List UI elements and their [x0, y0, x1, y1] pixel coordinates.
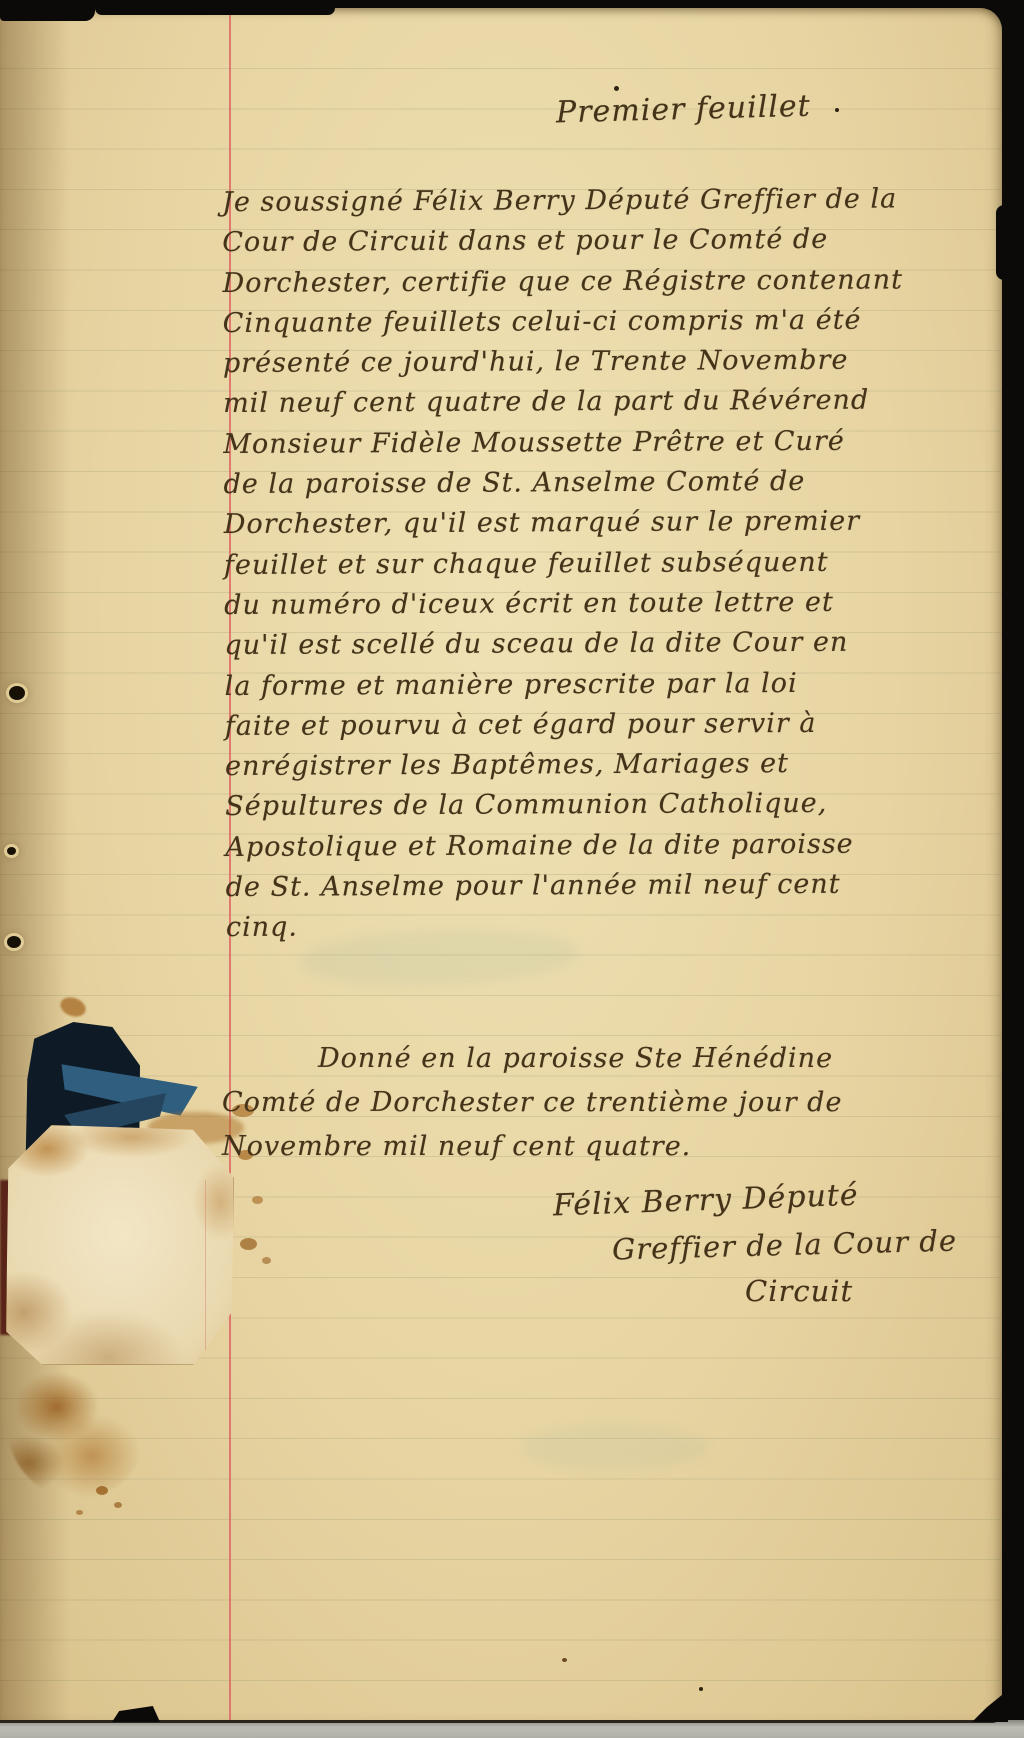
- stain-spatter: [76, 1510, 83, 1515]
- handwritten-line: qu'il est scellé du sceau de la dite Cou…: [224, 623, 905, 667]
- ink-speck: [562, 1658, 567, 1662]
- ink-speck: [699, 1687, 703, 1691]
- page-edge-top: [0, 8, 95, 21]
- stain-blob: [252, 1196, 263, 1204]
- handwritten-line: Cinquante feuillets celui-ci compris m'a…: [223, 300, 904, 344]
- handwritten-line: Dorchester, certifie que ce Régistre con…: [222, 260, 903, 304]
- handwritten-line: faite et pourvu à cet égard pour servir …: [225, 703, 906, 747]
- handwritten-line: feuillet et sur chaque feuillet subséque…: [224, 542, 905, 586]
- stain-spatter: [96, 1486, 108, 1495]
- ink-speck: [835, 108, 839, 112]
- punch-hole: [9, 686, 25, 700]
- stain-blob: [262, 1257, 271, 1264]
- stain-blob-large: [8, 1358, 148, 1498]
- dateline-line: Novembre mil neuf cent quatre.: [222, 1125, 842, 1169]
- dateline-paragraph: Donné en la paroisse Ste Hénédine Comté …: [222, 1037, 842, 1169]
- scanned-register-page: Premier feuillet Je soussigné Félix Berr…: [0, 0, 1024, 1738]
- stain-spatter: [114, 1502, 122, 1508]
- handwritten-line: Je soussigné Félix Berry Député Greffier…: [222, 179, 903, 223]
- page-edge-right: [996, 205, 1006, 280]
- punch-hole: [7, 936, 21, 948]
- dateline-line: Comté de Dorchester ce trentième jour de: [222, 1081, 842, 1125]
- ink-speck: [614, 86, 619, 91]
- handwritten-line: Sépultures de la Communion Catholique,: [225, 784, 906, 828]
- handwritten-line: Cour de Circuit dans et pour le Comté de: [222, 220, 903, 264]
- signature-line: Circuit: [745, 1274, 853, 1308]
- handwritten-line: mil neuf cent quatre de la part du Révér…: [223, 381, 904, 425]
- handwritten-line: de St. Anselme pour l'année mil neuf cen…: [226, 864, 907, 908]
- stain-blob: [240, 1238, 257, 1250]
- ink-showthrough: [520, 1425, 710, 1470]
- seal-patch-fold: [205, 1180, 206, 1350]
- page-edge-top: [95, 8, 335, 15]
- handwritten-line: Monsieur Fidèle Moussette Prêtre et Curé: [223, 421, 904, 465]
- handwritten-line: la forme et manière prescrite par la loi: [225, 663, 906, 707]
- handwritten-line: présenté ce jourd'hui, le Trente Novembr…: [223, 341, 904, 385]
- handwritten-line: du numéro d'iceux écrit en toute lettre …: [224, 582, 905, 626]
- scan-background-surface: [0, 1720, 1024, 1738]
- dateline-line: Donné en la paroisse Ste Hénédine: [222, 1037, 842, 1081]
- seal-patch: [6, 1125, 234, 1365]
- handwritten-line: cinq.: [226, 905, 907, 949]
- attestation-paragraph: Je soussigné Félix Berry Député Greffier…: [222, 179, 906, 948]
- handwritten-line: de la paroisse de St. Anselme Comté de: [223, 462, 904, 506]
- handwritten-line: Apostolique et Romaine de la dite parois…: [225, 824, 906, 868]
- punch-hole: [7, 847, 16, 855]
- handwritten-line: Dorchester, qu'il est marqué sur le prem…: [224, 502, 905, 546]
- handwritten-line: enrégistrer les Baptêmes, Mariages et: [225, 744, 906, 788]
- page-title: Premier feuillet: [556, 89, 812, 131]
